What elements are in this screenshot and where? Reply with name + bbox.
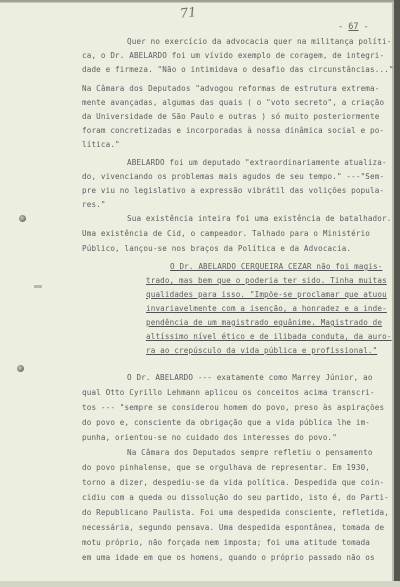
underlined-quote-line: O Dr. ABELARDO CERQUEIRA CEZAR não foi m… (170, 262, 382, 272)
text-line: do povo pinhalense, que se orgulhava de … (82, 463, 370, 473)
text-line: do Republicano Paulista. Foi uma despedi… (82, 508, 389, 518)
text-line: Público, lançou-se nos braços da Polític… (82, 244, 351, 254)
text-line: em uma idade em que os homens, quando o … (82, 553, 375, 563)
underlined-quote-line: ra ao crepúsculo da vida pública e profi… (146, 346, 377, 356)
text-line: punha, orientou-se no cuidado dos intere… (82, 433, 337, 443)
text-line: res." (82, 200, 106, 210)
text-line: Na Câmara dos Deputados "advogou reforma… (82, 84, 379, 94)
text-line: qual Otto Cyrillo Lehmann aplicou os con… (82, 388, 375, 398)
page-number-value: 67 (348, 22, 358, 32)
text-line: Na Câmara dos Deputados sempre refletiu … (127, 448, 373, 458)
text-line: pre viu no legislativo a expressão vibrá… (82, 186, 384, 196)
text-line: da Universidade de São Paulo e outras ) … (82, 112, 379, 122)
scan-right-edge (394, 0, 400, 587)
underlined-quote-line: invariavelmente com a isenção, a honrade… (146, 304, 387, 314)
text-line: Uma existência de Cid, o campeador. Talh… (82, 229, 370, 239)
text-line: tos --- "sempre se considerou homem do p… (82, 403, 384, 413)
text-line: Sua existência inteira foi uma existênci… (127, 214, 391, 224)
paper-smudge (34, 285, 42, 288)
page-number: - 67 - (338, 22, 369, 32)
text-line: do povo e, consciente da obrigação que a… (82, 418, 370, 428)
text-line: necessária, segundo pensava. Uma despedi… (82, 523, 384, 533)
text-line: Quer no exercício da advocacia quer na m… (127, 37, 391, 47)
text-line: dade e firmeza. "Não o intimidava o desa… (82, 65, 394, 75)
text-line: mente avançadas, algumas das quais ( o "… (82, 98, 384, 108)
underlined-quote-line: pendência de um magistrado equânime. Mag… (146, 318, 382, 328)
scan-bottom-edge (0, 581, 400, 587)
text-line: ABELARDO foi um deputado "extraordinaria… (127, 158, 387, 168)
underlined-quote-line: altíssimo nível ético e de ilibada condu… (146, 332, 392, 342)
underlined-quote-line: qualidades para isso. "Impõe-se proclama… (146, 290, 387, 300)
underlined-quote-line: trado, mas bem que o poderia ter sido. T… (146, 276, 387, 286)
handwritten-folio-number: 71 (179, 5, 197, 22)
text-line: foram concretizadas e incorporadas à nos… (82, 126, 384, 136)
text-line: motu próprio, não forçada nem imposta; f… (82, 538, 370, 548)
text-line: do, vivenciando os problemas mais agudos… (82, 172, 384, 182)
text-line: torno a dizer, despediu-se da vida polít… (82, 478, 384, 488)
binder-hole-icon (19, 215, 26, 222)
text-line: O Dr. ABELARDO --- exatamente como Marre… (127, 373, 373, 383)
text-line: ca, o Dr. ABELARDO foi um vívido exemplo… (82, 51, 384, 61)
text-line: lítica." (82, 140, 120, 150)
text-line: cidiu com a queda ou dissolução do seu p… (82, 493, 389, 503)
binder-hole-icon (17, 365, 24, 372)
